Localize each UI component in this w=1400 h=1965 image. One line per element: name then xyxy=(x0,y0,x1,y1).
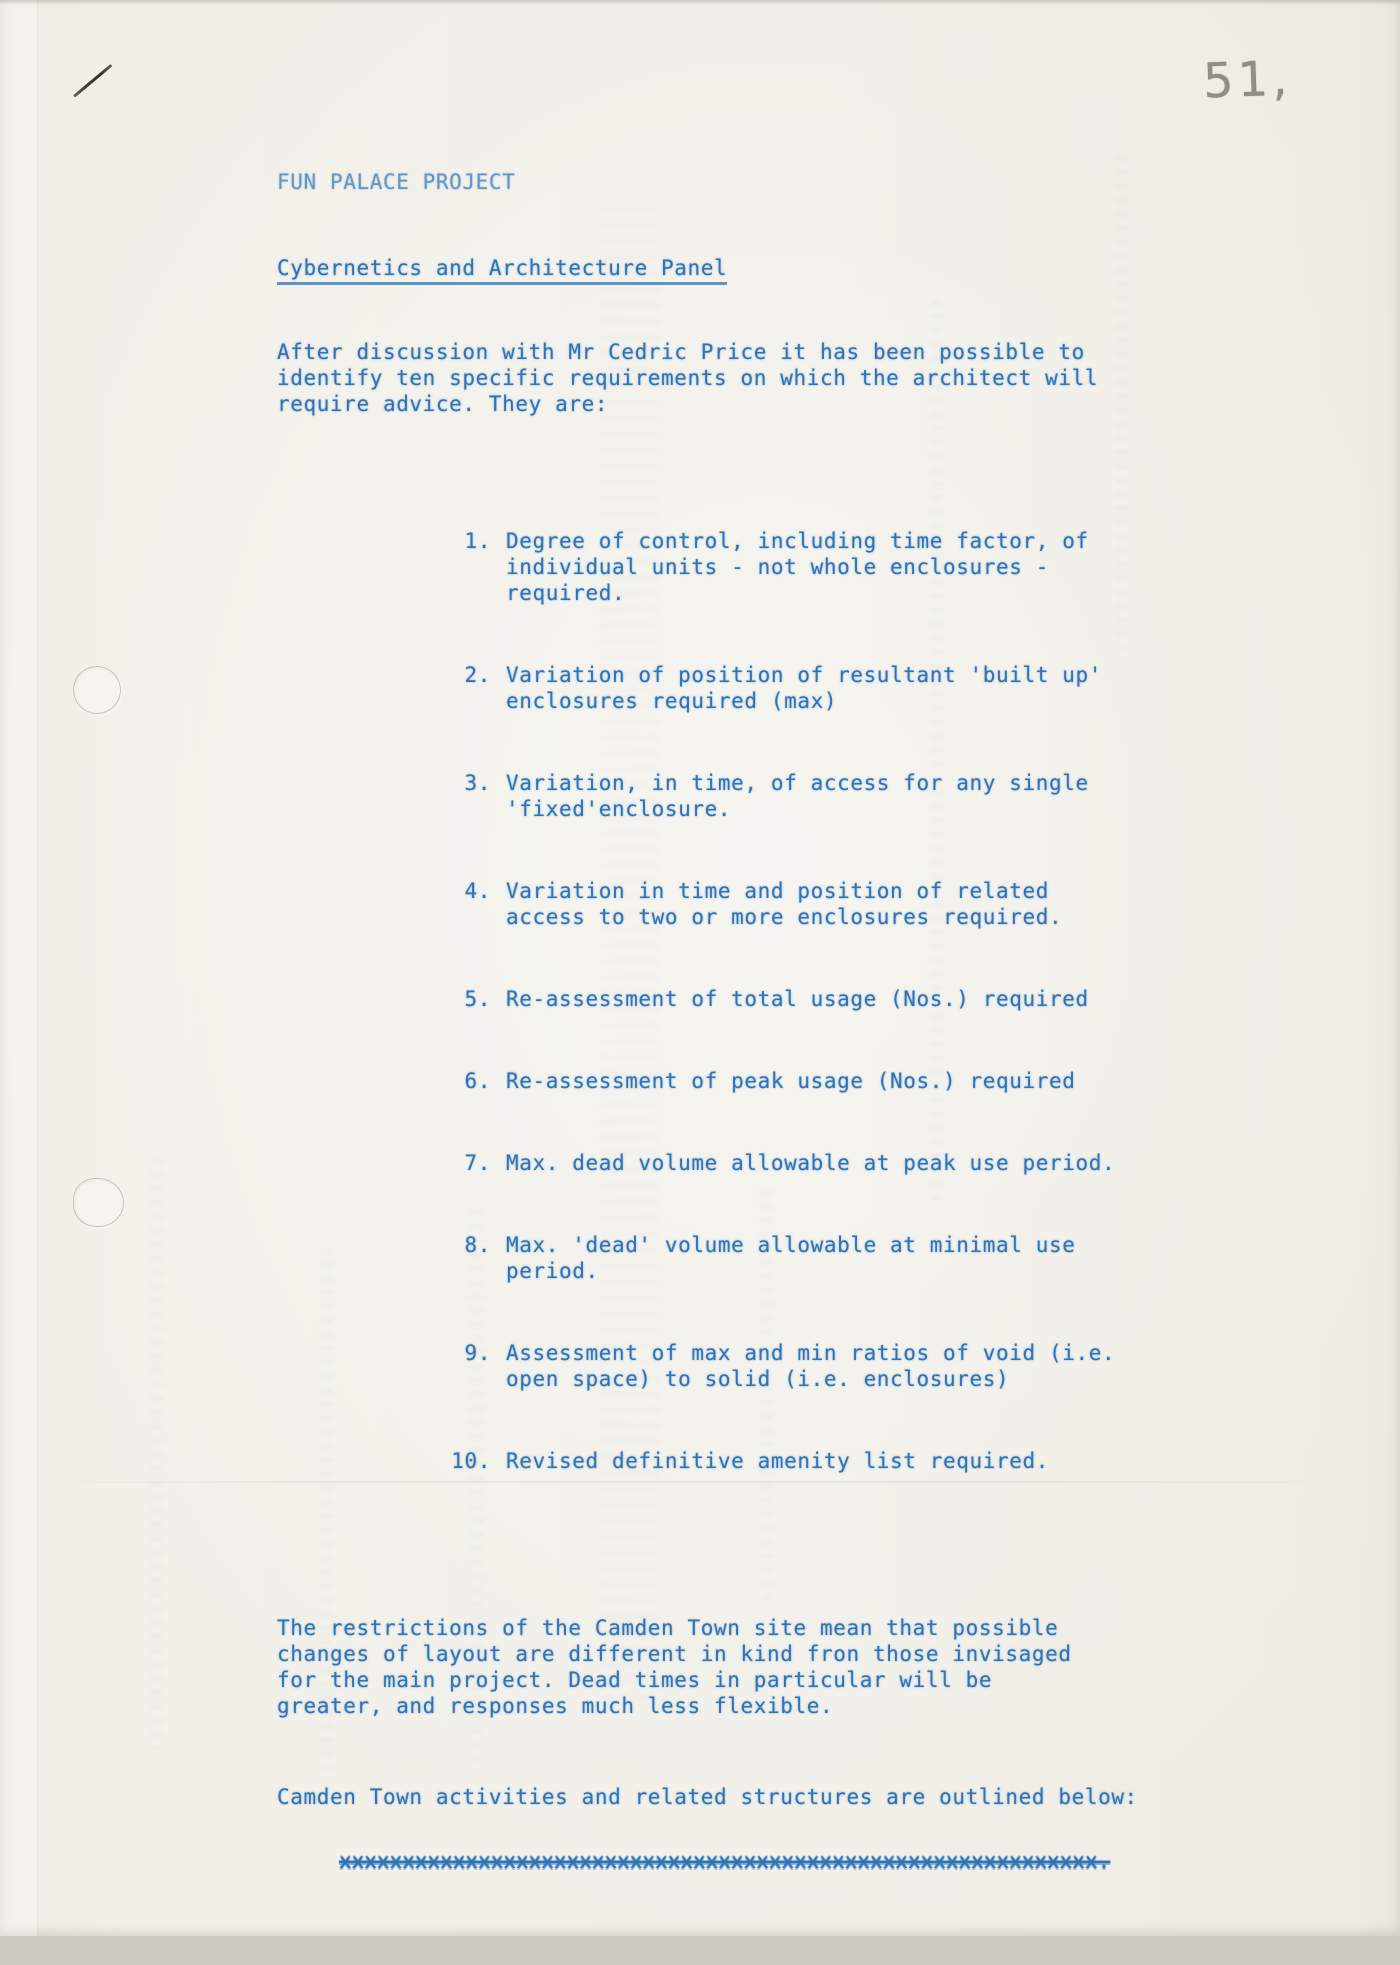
list-item-text: Degree of control, including time factor… xyxy=(506,528,1166,606)
requirements-list: 1. Degree of control, including time fac… xyxy=(277,502,1207,1530)
document-header: FUN PALACE PROJECT xyxy=(277,169,1207,195)
page-left-edge xyxy=(0,0,38,1936)
typewritten-content: FUN PALACE PROJECT Cybernetics and Archi… xyxy=(277,143,1207,1900)
list-item: 8. Max. 'dead' volume allowable at minim… xyxy=(277,1232,1207,1284)
list-item-text: Re-assessment of peak usage (Nos.) requi… xyxy=(506,1068,1166,1094)
struck-out-line: xxxxxxxxxxxxxxxxxxxxxxxxxxxxxxxxxxxxxxxx… xyxy=(339,1848,1207,1874)
list-item-number: 4. xyxy=(277,878,491,930)
list-item: 4. Variation in time and position of rel… xyxy=(277,878,1207,930)
punch-hole-top xyxy=(73,666,121,714)
intro-paragraph: After discussion with Mr Cedric Price it… xyxy=(277,339,1207,417)
list-item-number: 3. xyxy=(277,770,491,822)
document-title: Cybernetics and Architecture Panel xyxy=(277,255,727,285)
list-item-number: 8. xyxy=(277,1232,491,1284)
list-item-number: 6. xyxy=(277,1068,491,1094)
list-item-number: 10. xyxy=(277,1448,491,1474)
list-item: 2. Variation of position of resultant 'b… xyxy=(277,662,1207,714)
list-item-number: 5. xyxy=(277,986,491,1012)
punch-hole-bottom xyxy=(73,1178,124,1227)
camden-activities-line: Camden Town activities and related struc… xyxy=(277,1784,1207,1810)
list-item-text: Assessment of max and min ratios of void… xyxy=(506,1340,1166,1392)
list-item-text: Variation, in time, of access for any si… xyxy=(506,770,1166,822)
scanned-page: 51, FUN PALACE PROJECT Cybernetics and A… xyxy=(0,0,1400,1936)
list-item: 5. Re-assessment of total usage (Nos.) r… xyxy=(277,986,1207,1012)
list-item-number: 1. xyxy=(277,528,491,606)
pencil-check-mark xyxy=(73,64,112,98)
list-item-text: Variation of position of resultant 'buil… xyxy=(506,662,1166,714)
list-item-text: Max. dead volume allowable at peak use p… xyxy=(506,1150,1166,1176)
list-item-text: Max. 'dead' volume allowable at minimal … xyxy=(506,1232,1166,1284)
list-item-number: 7. xyxy=(277,1150,491,1176)
list-item: 7. Max. dead volume allowable at peak us… xyxy=(277,1150,1207,1176)
list-item: 3. Variation, in time, of access for any… xyxy=(277,770,1207,822)
site-restrictions-paragraph: The restrictions of the Camden Town site… xyxy=(277,1615,1207,1719)
list-item-number: 9. xyxy=(277,1340,491,1392)
list-item-text: Re-assessment of total usage (Nos.) requ… xyxy=(506,986,1166,1012)
list-item: 1. Degree of control, including time fac… xyxy=(277,528,1207,606)
list-item-text: Revised definitive amenity list required… xyxy=(506,1448,1166,1474)
page-top-edge xyxy=(0,0,1400,5)
list-item-number: 2. xyxy=(277,662,491,714)
list-item-text: Variation in time and position of relate… xyxy=(506,878,1166,930)
bleedthrough-column xyxy=(150,1150,163,1750)
handwritten-page-number: 51, xyxy=(1202,50,1292,109)
list-item: 10. Revised definitive amenity list requ… xyxy=(277,1448,1207,1474)
list-item: 9. Assessment of max and min ratios of v… xyxy=(277,1340,1207,1392)
list-item: 6. Re-assessment of peak usage (Nos.) re… xyxy=(277,1068,1207,1094)
